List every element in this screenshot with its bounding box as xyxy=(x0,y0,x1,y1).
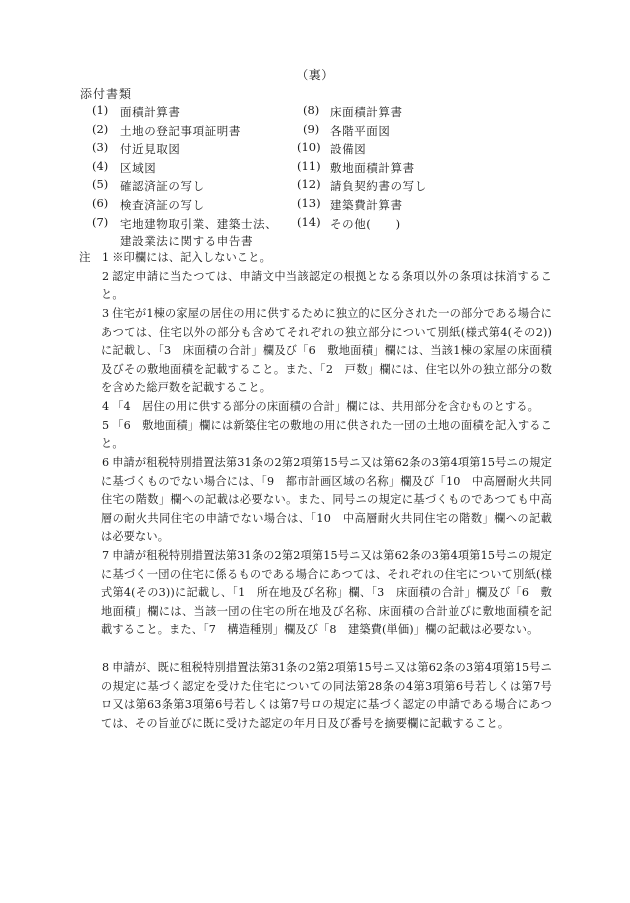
attachment-label: 付近見取図 xyxy=(120,140,181,158)
note-number: 8 xyxy=(102,659,112,678)
note-number: 5 xyxy=(102,417,112,436)
note-item: 4 「4 居住の用に供する部分の床面積の合計」欄には、共用部分を含むものとする。 xyxy=(109,398,552,417)
attachment-num: (14) xyxy=(297,215,325,229)
notes-heading: 注 xyxy=(79,249,91,265)
note-item: 3 住宅が1棟の家屋の居住の用に供するために独立的に区分された一の部分である場合… xyxy=(109,305,552,398)
attachment-label: 区域図 xyxy=(120,159,156,177)
attachment-label-continued: 建設業法に関する申告書 xyxy=(120,232,253,250)
note-number: 2 xyxy=(102,268,112,287)
attachment-num: (3) xyxy=(92,140,120,154)
note-item: 5 「6 敷地面積」欄には新築住宅の敷地の用に供された一団の土地の面積を記入する… xyxy=(109,417,552,454)
attachment-label: 宅地建物取引業、建築士法、 xyxy=(120,215,277,233)
note-text: 「4 居住の用に供する部分の床面積の合計」欄には、共用部分を含むものとする。 xyxy=(101,398,552,417)
attachment-label: 設備図 xyxy=(330,140,366,158)
attachment-label: 確認済証の写し xyxy=(120,177,205,195)
attachment-label: 検査済証の写し xyxy=(120,196,205,214)
document-page: （裏） 添付書類 (1) 面積計算書 (2) 土地の登記事項証明書 (3) 付近… xyxy=(0,0,630,903)
attachments-heading: 添付書類 xyxy=(80,85,132,102)
attachment-num: (12) xyxy=(297,177,325,191)
attachment-label: 面積計算書 xyxy=(120,103,181,121)
attachment-label: 各階平面図 xyxy=(330,122,391,140)
note-text: 申請が租税特別措置法第31条の2第2項第15号ニ又は第62条の3第4項第15号ニ… xyxy=(101,454,552,547)
attachment-label: 建築費計算書 xyxy=(330,196,403,214)
attachment-num: (5) xyxy=(92,177,120,191)
attachment-num: (9) xyxy=(303,122,331,136)
note-number: 1 xyxy=(102,249,112,268)
attachment-num: (1) xyxy=(92,103,120,117)
note-number: 3 xyxy=(102,305,112,324)
note-item: 1 ※印欄には、記入しないこと。 xyxy=(109,249,552,268)
attachment-num: (8) xyxy=(303,103,331,117)
attachment-num: (10) xyxy=(297,140,325,154)
note-text: 申請が、既に租税特別措置法第31条の2第2項第15号ニ又は第62条の3第4項第1… xyxy=(101,659,552,733)
note-item: 6 申請が租税特別措置法第31条の2第2項第15号ニ又は第62条の3第4項第15… xyxy=(109,454,552,547)
side-label: （裏） xyxy=(0,66,630,83)
attachment-num: (7) xyxy=(92,215,120,229)
note-item: 8 申請が、既に租税特別措置法第31条の2第2項第15号ニ又は第62条の3第4項… xyxy=(109,659,552,733)
attachment-num: (13) xyxy=(297,196,325,210)
attachment-num: (11) xyxy=(297,159,325,173)
attachment-label: 土地の登記事項証明書 xyxy=(120,122,241,140)
note-text: 「6 敷地面積」欄には新築住宅の敷地の用に供された一団の土地の面積を記入すること… xyxy=(101,417,552,454)
note-text: ※印欄には、記入しないこと。 xyxy=(101,249,552,268)
note-item: 2 認定申請に当たつては、申請文中当該認定の根拠となる条項以外の条項は抹消するこ… xyxy=(109,268,552,305)
attachment-label: 敷地面積計算書 xyxy=(330,159,415,177)
attachment-num: (2) xyxy=(92,122,120,136)
note-text: 住宅が1棟の家屋の居住の用に供するために独立的に区分された一の部分である場合にあ… xyxy=(101,305,552,398)
note-text: 申請が租税特別措置法第31条の2第2項第15号ニ又は第62条の3第4項第15号ニ… xyxy=(101,547,552,640)
note-item: 7 申請が租税特別措置法第31条の2第2項第15号ニ又は第62条の3第4項第15… xyxy=(109,547,552,640)
attachment-num: (6) xyxy=(92,196,120,210)
attachment-label: 請負契約書の写し xyxy=(330,177,427,195)
note-number: 6 xyxy=(102,454,112,473)
note-number: 4 xyxy=(102,398,112,417)
note-number: 7 xyxy=(102,547,112,566)
attachment-num: (4) xyxy=(92,159,120,173)
attachment-label: その他( ) xyxy=(330,215,401,233)
attachment-label: 床面積計算書 xyxy=(330,103,403,121)
note-text: 認定申請に当たつては、申請文中当該認定の根拠となる条項以外の条項は抹消すること。 xyxy=(101,268,552,305)
